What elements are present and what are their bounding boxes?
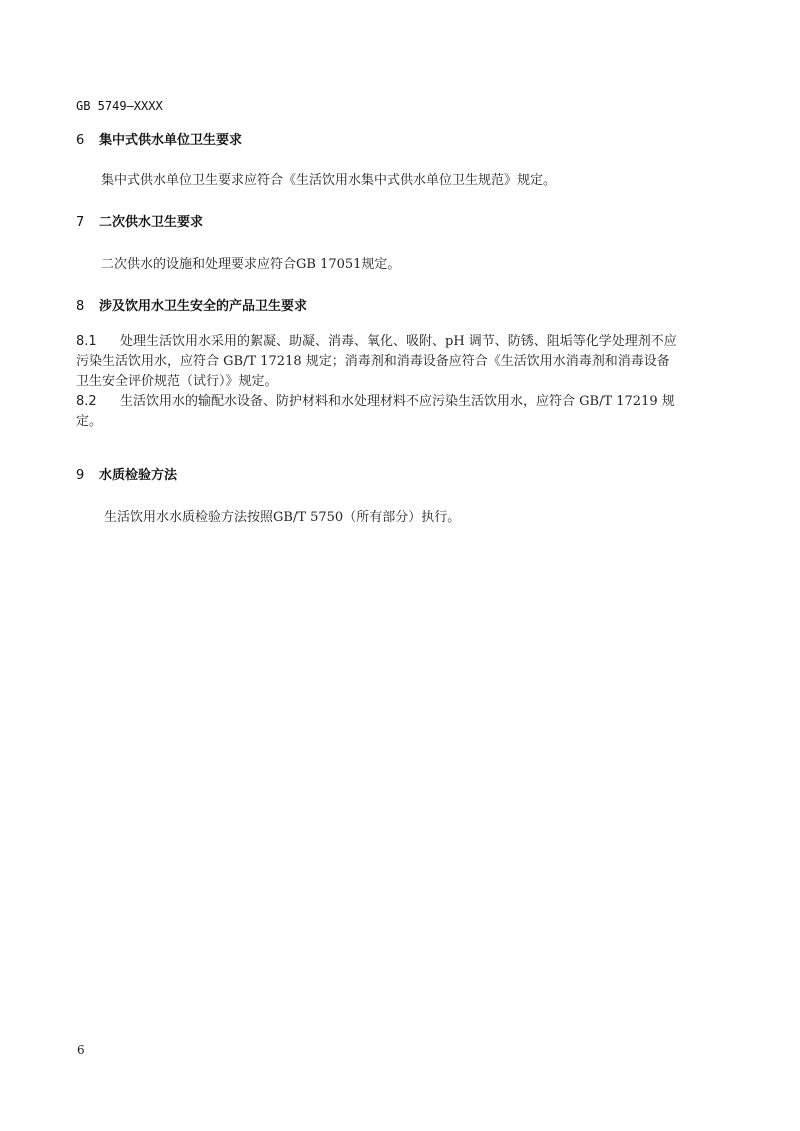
- clause-number: 8.1: [76, 332, 120, 352]
- section-title: 涉及饮用水卫生安全的产品卫生要求: [99, 299, 307, 314]
- clause-number: 8.2: [76, 392, 120, 412]
- clause-8-2: 8.2生活饮用水的输配水设备、防护材料和水处理材料不应污染生活饮用水，应符合 G…: [76, 392, 675, 432]
- section-6-heading: 6集中式供水单位卫生要求: [76, 129, 242, 148]
- section-9-heading: 9水质检验方法: [76, 464, 177, 483]
- section-title: 二次供水卫生要求: [99, 215, 203, 230]
- section-number: 9: [76, 468, 99, 483]
- section-6-paragraph: 集中式供水单位卫生要求应符合《生活饮用水集中式供水单位卫生规范》规定。: [101, 169, 556, 188]
- section-9-paragraph: 生活饮用水水质检验方法按照GB/T 5750（所有部分）执行。: [104, 506, 460, 525]
- clause-line: 定。: [76, 412, 675, 432]
- document-page: GB 5749—XXXX 6集中式供水单位卫生要求 集中式供水单位卫生要求应符合…: [0, 0, 800, 1131]
- section-8-heading: 8涉及饮用水卫生安全的产品卫生要求: [76, 295, 307, 314]
- section-7-paragraph: 二次供水的设施和处理要求应符合GB 17051规定。: [101, 253, 400, 272]
- section-title: 水质检验方法: [99, 468, 177, 483]
- standard-code: GB 5749—XXXX: [76, 99, 163, 113]
- section-number: 8: [76, 299, 99, 314]
- section-number: 6: [76, 133, 99, 148]
- section-7-heading: 7二次供水卫生要求: [76, 211, 203, 230]
- section-title: 集中式供水单位卫生要求: [99, 133, 242, 148]
- section-number: 7: [76, 215, 99, 230]
- clause-8-1: 8.1处理生活饮用水采用的絮凝、助凝、消毒、氧化、吸附、pH 调节、防锈、阻垢等…: [76, 332, 677, 392]
- clause-line: 卫生安全评价规范（试行）》规定。: [76, 372, 677, 392]
- page-number: 6: [77, 1043, 85, 1057]
- clause-line: 生活饮用水的输配水设备、防护材料和水处理材料不应污染生活饮用水，应符合 GB/T…: [120, 394, 675, 409]
- clause-line: 污染生活饮用水，应符合 GB/T 17218 规定；消毒剂和消毒设备应符合《生活…: [76, 352, 677, 372]
- clause-line: 处理生活饮用水采用的絮凝、助凝、消毒、氧化、吸附、pH 调节、防锈、阻垢等化学处…: [120, 334, 677, 349]
